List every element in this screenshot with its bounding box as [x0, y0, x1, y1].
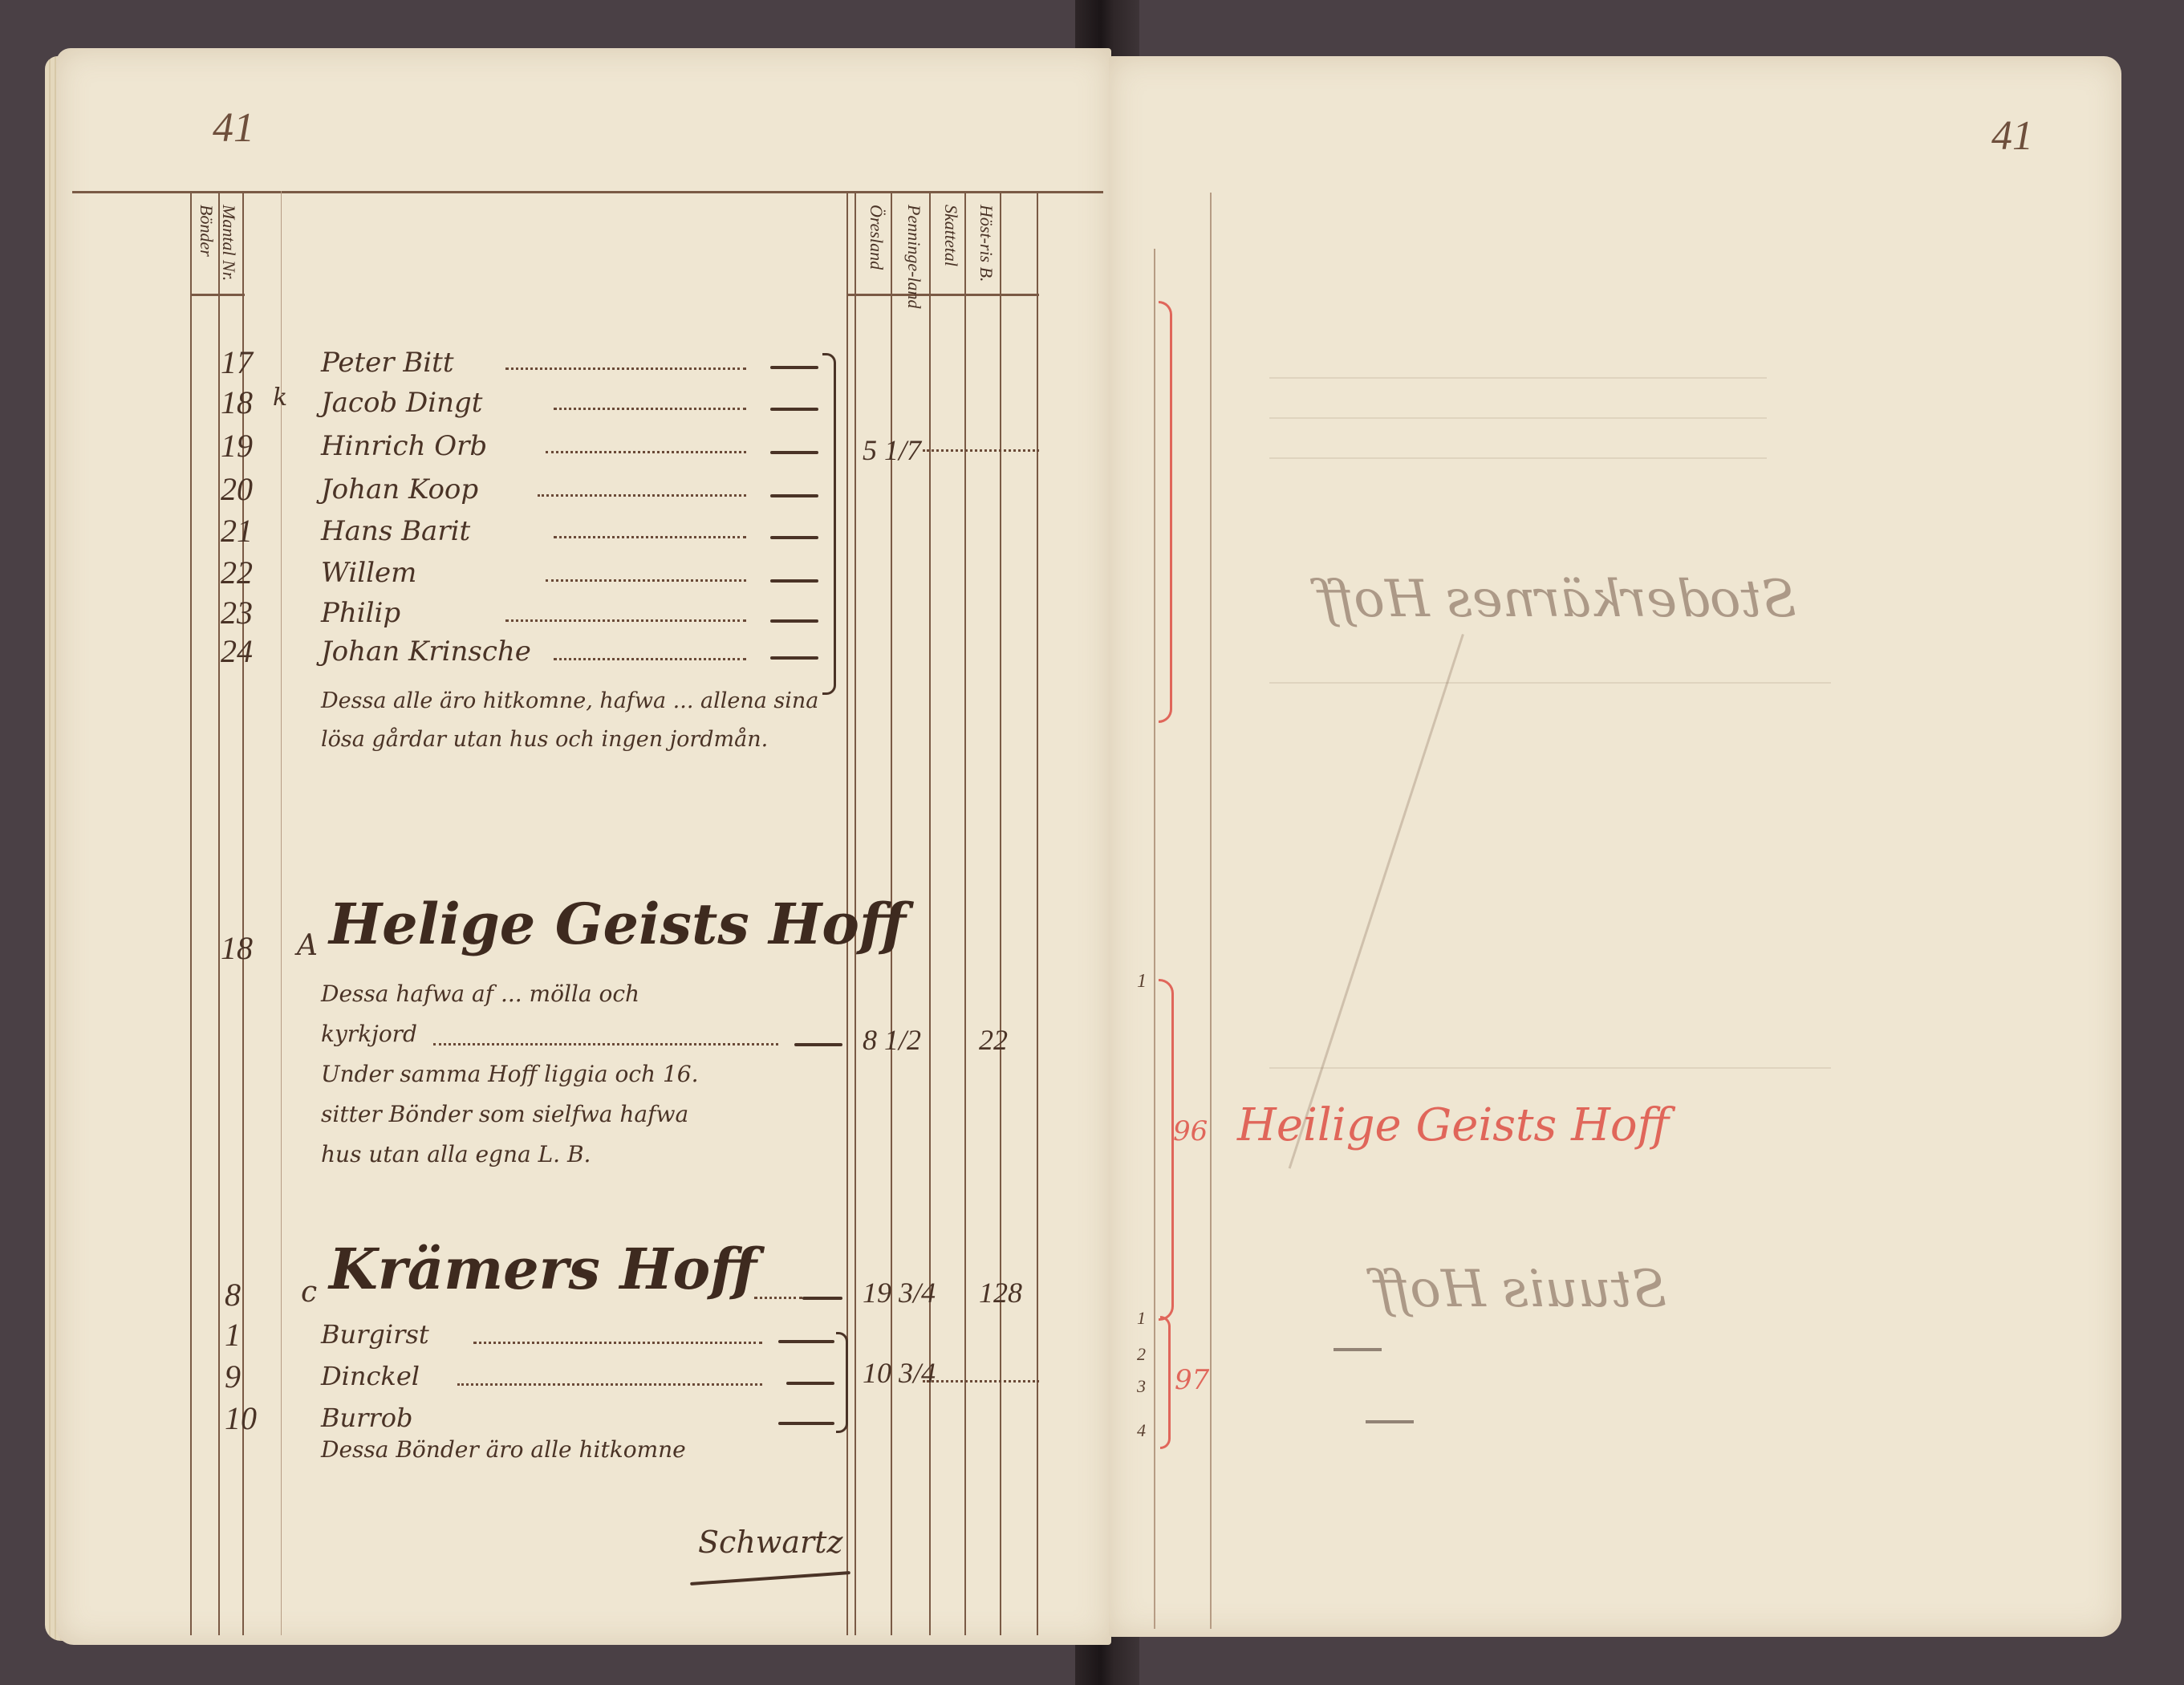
- margin-rule: [1210, 193, 1212, 1629]
- amount-value: 128: [979, 1276, 1022, 1309]
- column-header: Skattetal: [940, 205, 961, 266]
- folio-number: 41: [1991, 112, 2033, 160]
- section-text: kyrkjord: [321, 1021, 417, 1047]
- section-mark: A: [297, 929, 318, 962]
- section-heading: Helige Geists Hoff: [329, 891, 906, 957]
- column-header: Mantal Nr.: [218, 205, 239, 281]
- closing-note: Dessa Bönder äro alle hitkomne: [321, 1436, 686, 1463]
- section-text: Under samma Hoff liggia och 16.: [321, 1061, 699, 1087]
- bracket-number: 1: [1137, 971, 1147, 993]
- header-bottom-rule: [846, 294, 1039, 296]
- right-page: 41 Stoderkärnes Hoff Stuuis Hoff 1 96 He…: [1109, 56, 2121, 1637]
- column-rule: [190, 191, 192, 1635]
- folio-number: 41: [213, 104, 254, 152]
- column-header: Penninge-land: [903, 205, 924, 309]
- column-rule: [218, 191, 220, 1635]
- header-bottom-rule: [190, 294, 245, 296]
- left-page: 41 Bönder Mantal Nr. Öresland Penninge-l…: [56, 48, 1111, 1645]
- group-bracket: [822, 353, 836, 695]
- red-bracket: [1159, 301, 1172, 723]
- annotation-number: 97: [1175, 1364, 1209, 1396]
- section-text: sitter Bönder som sielfwa hafwa: [321, 1101, 688, 1127]
- column-header: Öresland: [866, 205, 887, 270]
- column-rule: [964, 191, 966, 1635]
- column-header: Bönder: [196, 205, 217, 257]
- column-rule: [1000, 191, 1001, 1635]
- column-header: Höst-ris B.: [976, 205, 997, 282]
- section-text: Dessa hafwa af ... mölla och: [321, 981, 639, 1007]
- section-number: 18: [221, 929, 253, 967]
- bracket-number: 1: [1137, 1308, 1146, 1329]
- column-rule: [1037, 191, 1038, 1635]
- show-through-text: Stuuis Hoff: [1374, 1260, 1666, 1319]
- group-total: 10 3/4: [863, 1356, 936, 1390]
- annotation-number: 96: [1173, 1115, 1208, 1147]
- group-bracket: [836, 1332, 848, 1433]
- red-bracket: [1160, 1316, 1171, 1449]
- section-text: hus utan alla egna L. B.: [321, 1141, 591, 1167]
- amount-value: 8 1/2: [863, 1023, 921, 1057]
- show-through-text: Stoderkärnes Hoff: [1317, 570, 1796, 629]
- header-rule: [72, 191, 1103, 193]
- bracket-number: 4: [1137, 1420, 1146, 1441]
- signature-flourish: [690, 1571, 850, 1586]
- group-total: 5 1/7: [863, 433, 921, 467]
- annotation-text: Heilige Geists Hoff: [1237, 1099, 1669, 1151]
- section-number: 8: [225, 1276, 241, 1313]
- section-heading: Krämers Hoff: [329, 1236, 757, 1302]
- bracket-number: 3: [1137, 1376, 1146, 1397]
- signature: Schwartz: [698, 1525, 842, 1560]
- amount-value: 22: [979, 1023, 1008, 1057]
- amount-value: 19 3/4: [863, 1276, 936, 1309]
- column-rule: [929, 191, 931, 1635]
- section-mark: c: [301, 1276, 317, 1309]
- margin-rule: [1154, 249, 1155, 1629]
- red-bracket: [1159, 979, 1174, 1321]
- bracket-number: 2: [1137, 1344, 1146, 1365]
- group-note: Dessa alle äro hitkomne, hafwa ... allen…: [321, 682, 834, 759]
